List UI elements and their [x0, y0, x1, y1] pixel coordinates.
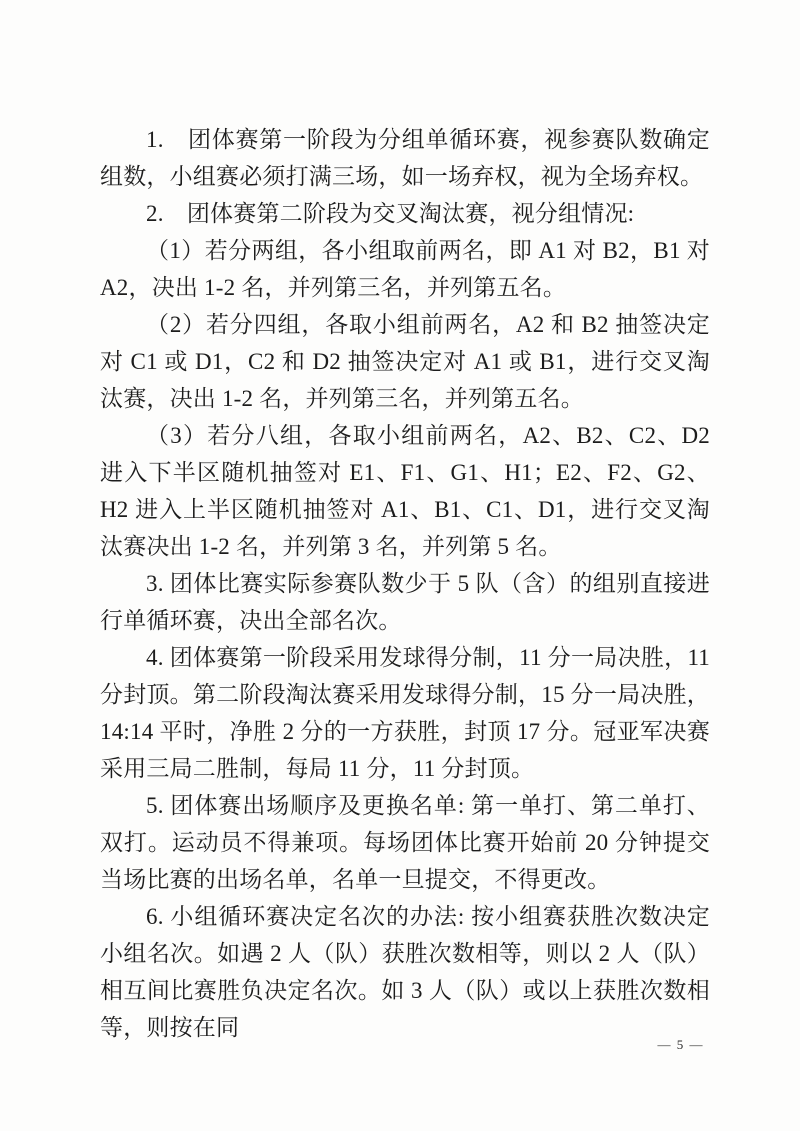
paragraph-rule-2-sub-3: （3）若分八组，各取小组前两名，A2、B2、C2、D2 进入下半区随机抽签对 E…: [100, 417, 710, 565]
paragraph-rule-2-sub-2: （2）若分四组，各取小组前两名，A2 和 B2 抽签决定对 C1 或 D1，C2…: [100, 306, 710, 417]
paragraph-rule-4: 4. 团体赛第一阶段采用发球得分制，11 分一局决胜，11 分封顶。第二阶段淘汰…: [100, 639, 710, 787]
page-number: — 5 —: [658, 1037, 705, 1052]
document-body: 1. 团体赛第一阶段为分组单循环赛，视参赛队数确定组数，小组赛必须打满三场，如一…: [100, 121, 710, 1046]
paragraph-rule-5: 5. 团体赛出场顺序及更换名单: 第一单打、第二单打、双打。运动员不得兼项。每场…: [100, 787, 710, 898]
paragraph-rule-2: 2. 团体赛第二阶段为交叉淘汰赛，视分组情况:: [100, 195, 710, 232]
paragraph-rule-3: 3. 团体比赛实际参赛队数少于 5 队（含）的组别直接进行单循环赛，决出全部名次…: [100, 565, 710, 639]
paragraph-rule-2-sub-1: （1）若分两组，各小组取前两名，即 A1 对 B2，B1 对 A2，决出 1-2…: [100, 232, 710, 306]
paragraph-list: 1. 团体赛第一阶段为分组单循环赛，视参赛队数确定组数，小组赛必须打满三场，如一…: [100, 121, 710, 1046]
paragraph-rule-6: 6. 小组循环赛决定名次的办法: 按小组赛获胜次数决定小组名次。如遇 2 人（队…: [100, 898, 710, 1046]
page-footer: — 5 —: [658, 1036, 705, 1054]
document-page: 1. 团体赛第一阶段为分组单循环赛，视参赛队数确定组数，小组赛必须打满三场，如一…: [0, 0, 800, 1131]
paragraph-rule-1: 1. 团体赛第一阶段为分组单循环赛，视参赛队数确定组数，小组赛必须打满三场，如一…: [100, 121, 710, 195]
